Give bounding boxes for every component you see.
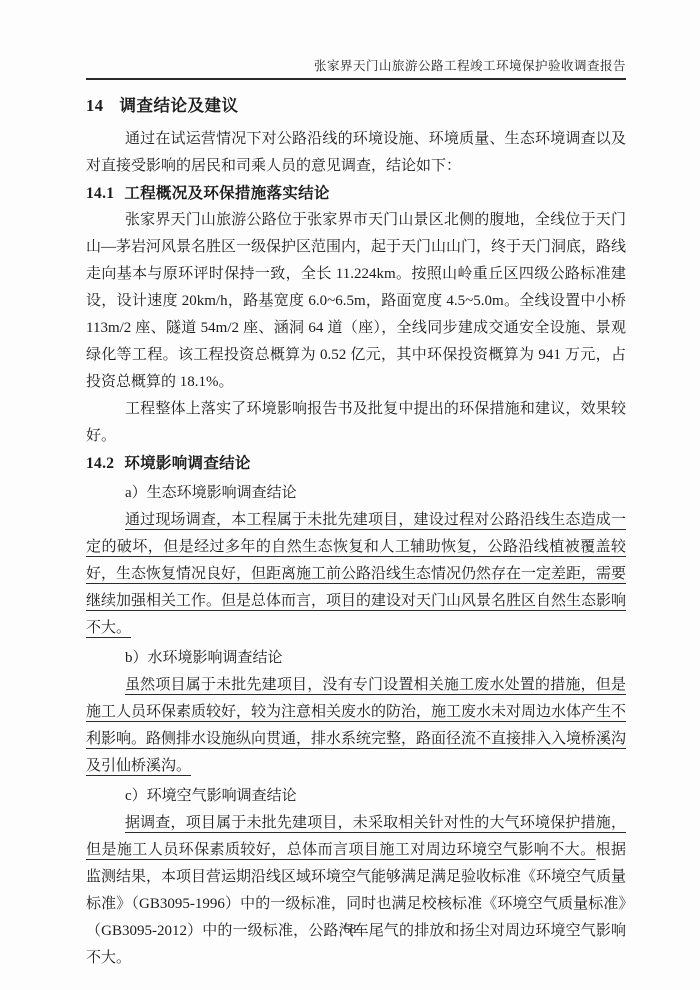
paragraph: 工程整体上落实了环境影响报告书及批复中提出的环保措施和建议，效果较好。 [86, 396, 626, 450]
document-content: 14调查结论及建议通过在试运营情况下对公路沿线的环境设施、环境质量、生态环境调查… [86, 88, 626, 972]
paragraph: 虽然项目属于未批先建项目，没有专门设置相关施工废水处置的措施，但是施工人员环保素… [86, 672, 626, 780]
paragraph: 张家界天门山旅游公路位于张家界市天门山景区北侧的腹地，全线位于天门山—茅岩河风景… [86, 207, 626, 396]
header-rule [86, 78, 626, 80]
running-header: 张家界天门山旅游公路工程竣工环境保护验收调查报告 [86, 56, 626, 74]
section-heading: 14.1工程概况及环保措施落实结论 [86, 180, 626, 207]
heading-number: 14.2 [86, 455, 114, 472]
page-footer: 68 [0, 922, 700, 937]
body-text: 根据监测结果，本项目营运期沿线区域环境空气能够满足满足验收标准《环境空气质量标准… [86, 842, 626, 966]
section-heading: 14.2环境影响调查结论 [86, 450, 626, 477]
underlined-text: 据调查，项目属于未批先建项目，未采取相关针对性的大气环境保护措施，但是施工人员环… [86, 815, 626, 858]
document-page: 张家界天门山旅游公路工程竣工环境保护验收调查报告 14调查结论及建议通过在试运营… [0, 0, 700, 990]
underlined-text: 通过现场调查，本工程属于未批先建项目，建设过程对公路沿线生态造成一定的破坏，但是… [86, 512, 626, 636]
chapter-heading: 14调查结论及建议 [86, 94, 626, 118]
heading-number: 14.1 [86, 185, 114, 202]
subsection-heading: b）水环境影响调查结论 [86, 645, 626, 672]
heading-text: 环境影响调查结论 [124, 455, 250, 472]
heading-text: 调查结论及建议 [120, 96, 239, 115]
heading-number: 14 [86, 96, 104, 115]
paragraph: 据调查，项目属于未批先建项目，未采取相关针对性的大气环境保护措施，但是施工人员环… [86, 810, 626, 972]
underlined-text: 虽然项目属于未批先建项目，没有专门设置相关施工废水处置的措施，但是施工人员环保素… [86, 677, 626, 774]
body-text: 通过在试运营情况下对公路沿线的环境设施、环境质量、生态环境调查以及对直接受影响的… [86, 131, 626, 174]
subsection-heading: c）环境空气影响调查结论 [86, 783, 626, 810]
subsection-heading: a）生态环境影响调查结论 [86, 480, 626, 507]
body-text: 工程整体上落实了环境影响报告书及批复中提出的环保措施和建议，效果较好。 [86, 401, 626, 444]
paragraph: 通过在试运营情况下对公路沿线的环境设施、环境质量、生态环境调查以及对直接受影响的… [86, 126, 626, 180]
paragraph: 通过现场调查，本工程属于未批先建项目，建设过程对公路沿线生态造成一定的破坏，但是… [86, 507, 626, 642]
heading-text: 工程概况及环保措施落实结论 [124, 185, 329, 202]
page-number: 68 [344, 922, 357, 936]
running-header-title: 张家界天门山旅游公路工程竣工环境保护验收调查报告 [314, 59, 626, 73]
body-text: 张家界天门山旅游公路位于张家界市天门山景区北侧的腹地，全线位于天门山—茅岩河风景… [86, 212, 626, 390]
